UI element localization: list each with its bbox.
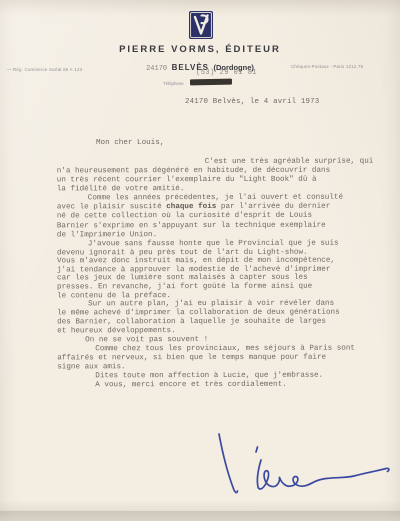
dateline: 24170 Belvès, le 4 avril 1973 [185, 98, 319, 106]
salutation: Mon cher Louis, [96, 139, 164, 147]
commerce-registry: — Rég. Commerce Sarlat 66 A-123 [7, 67, 82, 72]
letter-paragraph: C'est une très agréable surprise, quin'a… [57, 158, 371, 195]
struck-out-old-phone [190, 79, 232, 86]
letter-paragraph: Sur un autre plan, j'ai eu plaisir à voi… [57, 300, 371, 337]
phone-number: (53) 29 01 81 [196, 69, 257, 77]
letter-paragraph: Comme les années précédentes, je l'ai ou… [57, 194, 371, 241]
pv-monogram-logo-icon [189, 11, 213, 39]
postal-code: 24170 [146, 65, 167, 73]
letter-body: C'est une très agréable surprise, quin'a… [57, 158, 372, 391]
cheques-postaux: Chèques-Postaux - Paris 1212.79 [291, 64, 363, 69]
letter-paragraph: Comme chez tous les provinciaux, mes séj… [57, 345, 371, 373]
letter-paragraph: J'avoue sans fausse honte que le Provinc… [57, 240, 371, 301]
letter-paragraph: A vous, merci encore et très cordialemen… [57, 381, 371, 391]
publisher-name: PIERRE VORMS, ÉDITEUR [0, 44, 400, 55]
paper-fold-shadow [0, 511, 400, 521]
phone-label: Téléphone [163, 81, 184, 86]
letter-document: PIERRE VORMS, ÉDITEUR 24170 BELVÈS (Dord… [0, 0, 400, 521]
handwritten-signature [212, 430, 394, 502]
